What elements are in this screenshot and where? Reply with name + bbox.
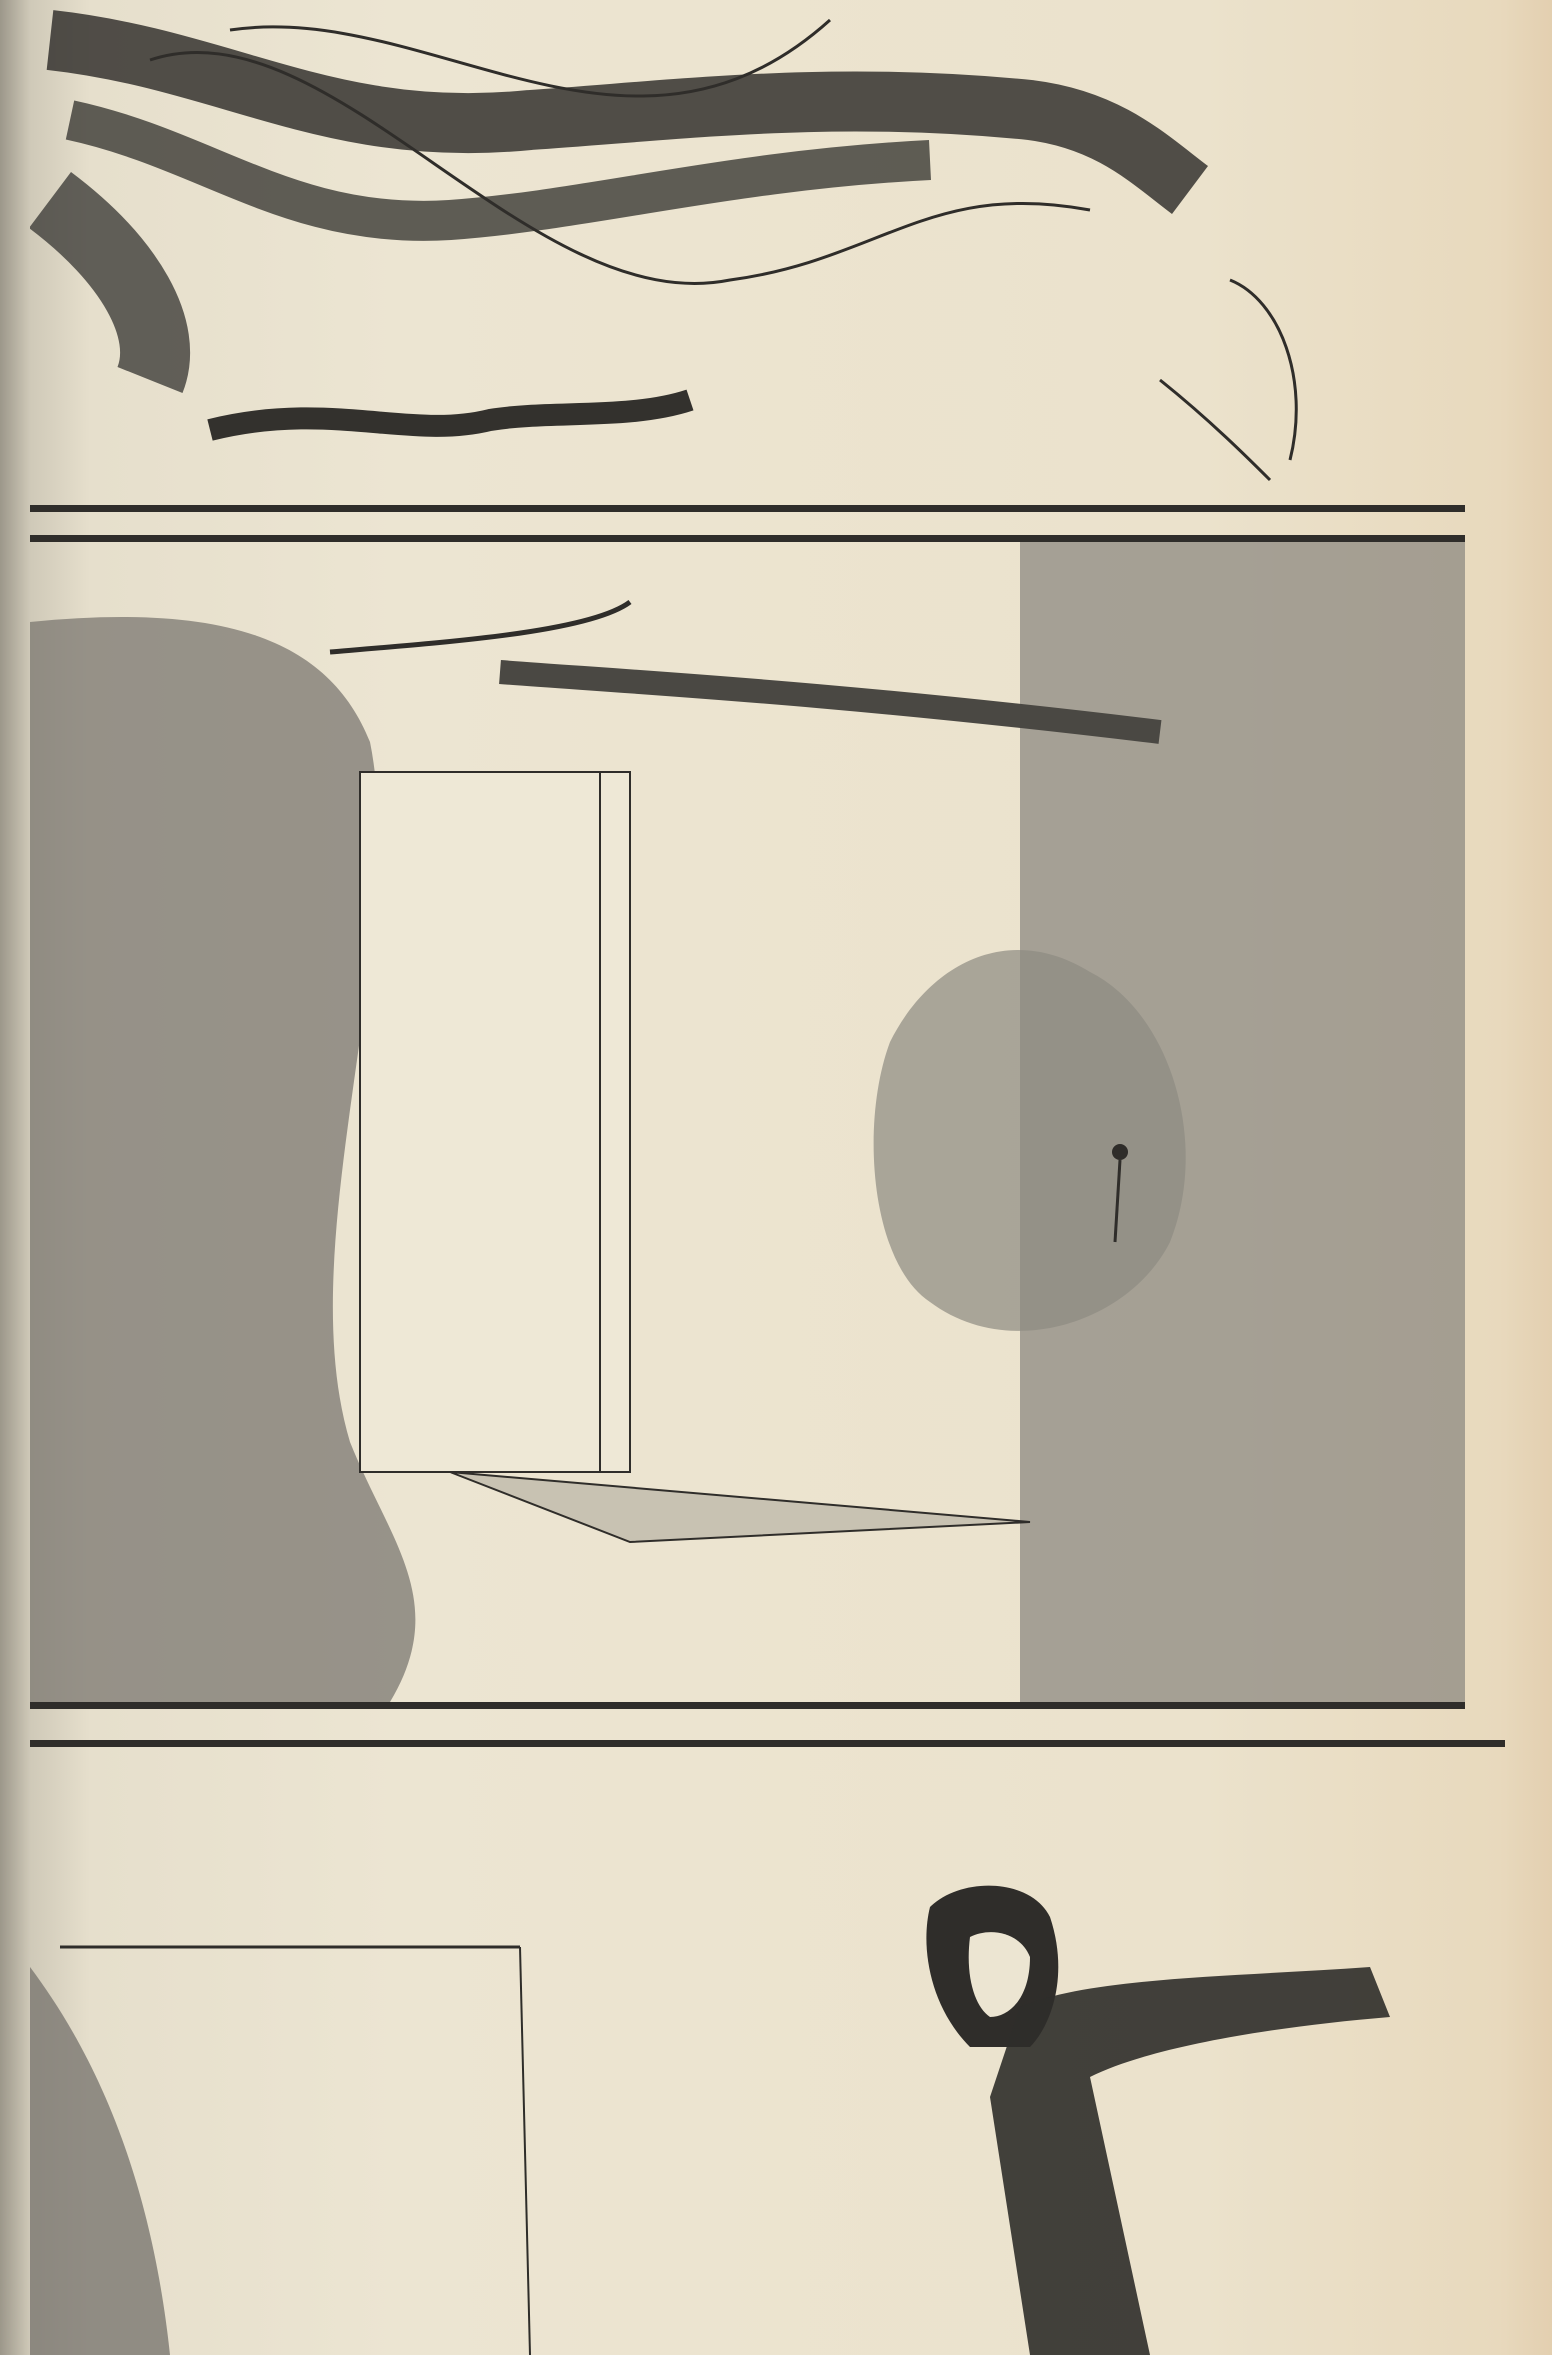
panel-2-top-border	[30, 535, 1465, 542]
panel-2-bottom-border	[30, 1702, 1465, 1709]
panel-3-top-border	[30, 1740, 1505, 1747]
panel-3-figure	[30, 1747, 1505, 2355]
tendrils-illustration	[30, 0, 1470, 505]
panel-2-cliff-doorway	[30, 542, 1465, 1702]
panel-1-tendrils	[30, 0, 1470, 505]
cliff-scene-illustration	[30, 542, 1465, 1702]
panel-1-border	[30, 505, 1465, 512]
figure-illustration	[30, 1747, 1505, 2355]
